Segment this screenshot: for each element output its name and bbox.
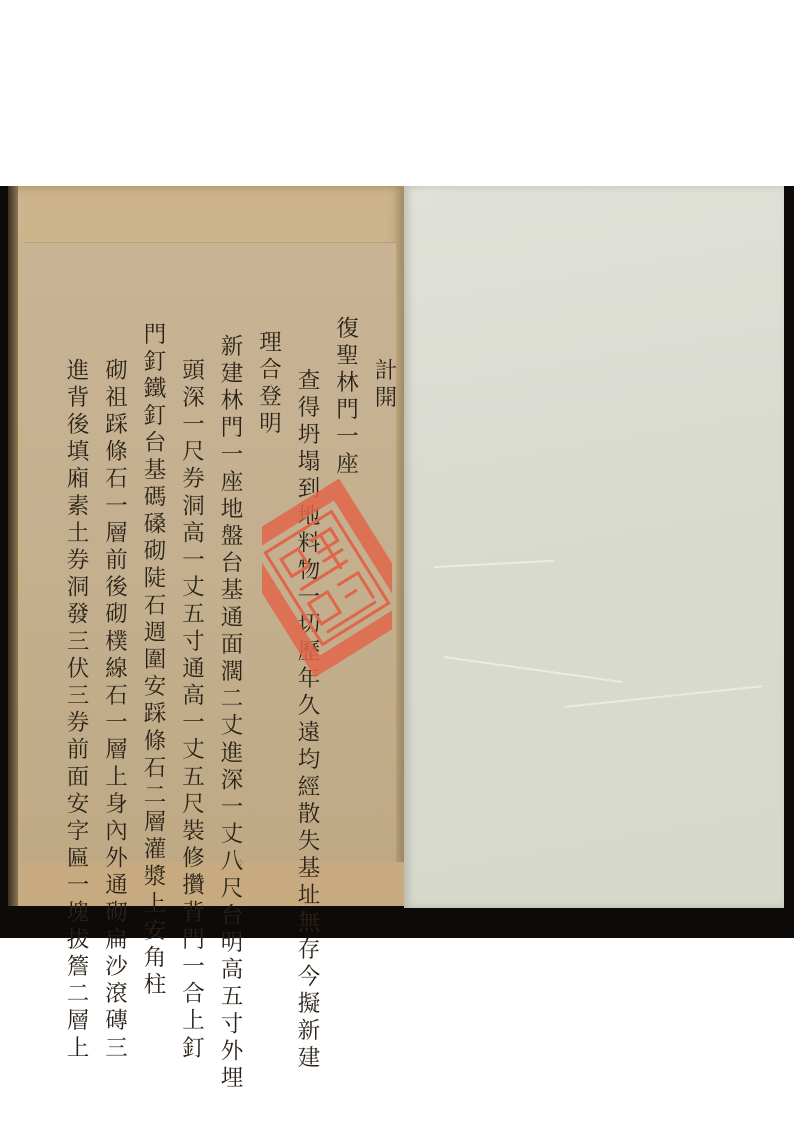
column-body-3: 新建林門一座地盤台基通面濶二丈進深一丈八尺台明高五寸外埋 xyxy=(218,334,242,1093)
column-body-4: 頭深一尺券洞高一丈五寸通高一丈五尺裝修攢背門一合上釘 xyxy=(180,358,204,1093)
paper-crease xyxy=(444,656,623,683)
red-seal-stamp xyxy=(262,478,392,678)
right-page-blank xyxy=(404,186,784,908)
paper-crease xyxy=(564,685,763,708)
column-body-5: 門釘鐵釘台基碼磉砌陡石週圍安踩條石二層灌漿上安角柱 xyxy=(141,322,165,1093)
paper-crease xyxy=(434,560,554,568)
column-body-2: 理合登明 xyxy=(257,330,281,1093)
column-heading: 計開 xyxy=(372,358,396,1093)
column-body-7: 進背後填廂素土券洞發三伏三券前面安字匾一塊拔簷二層上 xyxy=(64,358,88,1093)
book-spine xyxy=(8,186,18,906)
column-body-1: 查得坍塌到地料物一切歷年久遠均經散失基址無存今擬新建 xyxy=(295,368,319,1093)
small-ink-dots: ⁘ xyxy=(236,858,244,869)
column-body-6: 砌祖踩條石一層前後砌樸線石一層上身內外通砌扁沙滾磚三 xyxy=(103,358,127,1093)
column-item-title: 復聖林門一座 xyxy=(334,316,358,1093)
